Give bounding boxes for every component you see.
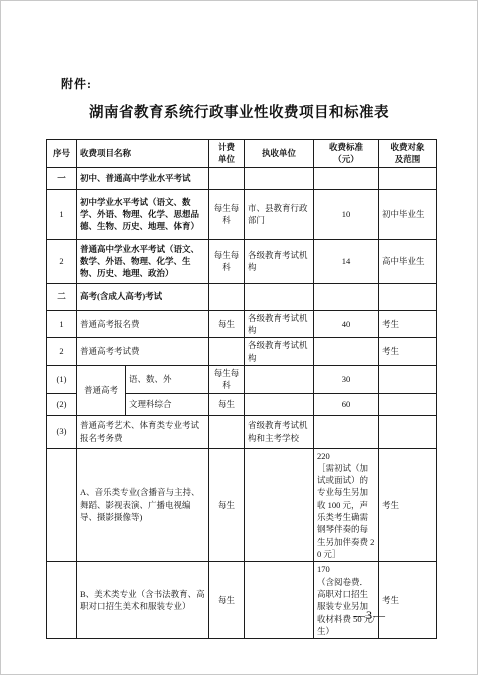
column-header-seq: 序号	[47, 140, 77, 168]
column-header-collecting-unit: 执收单位	[245, 140, 314, 168]
table-cell: 每生	[209, 310, 245, 338]
table-cell	[379, 415, 437, 448]
table-cell: 每生	[209, 448, 245, 562]
table-cell	[245, 283, 314, 310]
table-cell: 各级教育考试机构	[245, 310, 314, 338]
table-cell: 文理科综合	[126, 393, 209, 415]
table-cell	[47, 448, 77, 562]
document-title: 湖南省教育系统行政事业性收费项目和标准表	[1, 101, 477, 122]
table-row: 1普通高考报名费每生各级教育考试机构40考生	[47, 310, 437, 338]
page-number: —3—	[353, 608, 386, 623]
table-cell: 各级教育考试机构	[245, 338, 314, 366]
table-cell: 各级教育考试机构	[245, 239, 314, 283]
table-cell: (3)	[47, 415, 77, 448]
table-row: 2普通高考考试费各级教育考试机构考生	[47, 338, 437, 366]
table-cell: 每生	[209, 393, 245, 415]
fees-table: 序号收费项目名称计费 单位执收单位收费标准 （元）收费对象 及范围一初中、普通高…	[46, 139, 437, 639]
table-cell	[379, 393, 437, 415]
column-header-item-name: 收费项目名称	[77, 140, 209, 168]
table-cell	[245, 562, 314, 639]
table-cell: 每生每科	[209, 239, 245, 283]
table-cell: A、音乐类专业(含播音与主持、舞蹈、影视表演、广播电视编导、摄影摄像等)	[77, 448, 209, 562]
table-row: 二高考(含成人高考)考试	[47, 283, 437, 310]
table-cell: 40	[314, 310, 379, 338]
table-cell	[379, 365, 437, 393]
table-row: A、音乐类专业(含播音与主持、舞蹈、影视表演、广播电视编导、摄影摄像等)每生22…	[47, 448, 437, 562]
table-cell	[379, 283, 437, 310]
table-cell: 1	[47, 310, 77, 338]
table-cell: 初中学业水平考试（语文、数学、外语、物理、化学、思想品德、生物、历史、地理、体育…	[77, 189, 209, 239]
table-cell: 30	[314, 365, 379, 393]
table-cell: 220 ［需初试（加试或面试）的专业每生另加收 100 元，声乐类考生确需钢琴伴…	[314, 448, 379, 562]
table-row: 2普通高中学业水平考试（语文、数学、外语、物理、化学、生物、历史、地理、政治）每…	[47, 239, 437, 283]
table-cell: 一	[47, 167, 77, 189]
table-cell	[245, 167, 314, 189]
table-cell	[209, 167, 245, 189]
table-cell: 考生	[379, 338, 437, 366]
table-cell	[245, 365, 314, 393]
table-cell: 60	[314, 393, 379, 415]
table-cell: 考生	[379, 310, 437, 338]
table-cell: B、美术类专业（含书法教育、高职对口招生美术和服装专业）	[77, 562, 209, 639]
table-cell: 普通高考艺术、体育类专业考试报名考务费	[77, 415, 209, 448]
table-cell: 语、数、外	[126, 365, 209, 393]
table-row: 一初中、普通高中学业水平考试	[47, 167, 437, 189]
table-cell: 普通高考	[77, 365, 126, 415]
attachment-label: 附件:	[61, 75, 92, 92]
table-row: (1)普通高考语、数、外每生每科30	[47, 365, 437, 393]
table-cell	[209, 283, 245, 310]
table-cell	[209, 338, 245, 366]
table-cell: 每生每科	[209, 189, 245, 239]
table-row: B、美术类专业（含书法教育、高职对口招生美术和服装专业）每生170 （含阅卷费．…	[47, 562, 437, 639]
table-cell: (1)	[47, 365, 77, 393]
table-cell: 170 （含阅卷费．高职对口招生服装专业另加收材料费 50 元/生）	[314, 562, 379, 639]
table-cell	[209, 415, 245, 448]
table-cell: 2	[47, 338, 77, 366]
column-header-fee-target: 收费对象 及范围	[379, 140, 437, 168]
table-cell: (2)	[47, 393, 77, 415]
table-cell: 2	[47, 239, 77, 283]
table-cell: 二	[47, 283, 77, 310]
table-cell	[314, 283, 379, 310]
column-header-fee-standard: 收费标准 （元）	[314, 140, 379, 168]
table-cell: 考生	[379, 448, 437, 562]
table-cell	[314, 167, 379, 189]
table-row: (3)普通高考艺术、体育类专业考试报名考务费省级教育考试机构和主考学校	[47, 415, 437, 448]
table-cell	[314, 338, 379, 366]
table-cell	[47, 562, 77, 639]
table-cell	[379, 167, 437, 189]
table-cell: 考生	[379, 562, 437, 639]
table-header-row: 序号收费项目名称计费 单位执收单位收费标准 （元）收费对象 及范围	[47, 140, 437, 168]
table-cell: 省级教育考试机构和主考学校	[245, 415, 314, 448]
table-cell: 初中、普通高中学业水平考试	[77, 167, 209, 189]
table-cell	[245, 448, 314, 562]
table-row: 1初中学业水平考试（语文、数学、外语、物理、化学、思想品德、生物、历史、地理、体…	[47, 189, 437, 239]
table-cell: 初中毕业生	[379, 189, 437, 239]
table-cell: 每生	[209, 562, 245, 639]
table-cell: 14	[314, 239, 379, 283]
table-cell: 10	[314, 189, 379, 239]
table-cell: 高中毕业生	[379, 239, 437, 283]
table-cell: 普通高中学业水平考试（语文、数学、外语、物理、化学、生物、历史、地理、政治）	[77, 239, 209, 283]
document-page: 附件: 湖南省教育系统行政事业性收费项目和标准表 序号收费项目名称计费 单位执收…	[0, 0, 478, 675]
table-cell: 1	[47, 189, 77, 239]
table-cell: 普通高考报名费	[77, 310, 209, 338]
table-cell: 普通高考考试费	[77, 338, 209, 366]
column-header-billing-unit: 计费 单位	[209, 140, 245, 168]
table-cell	[245, 393, 314, 415]
table-cell: 市、县教育行政部门	[245, 189, 314, 239]
table-cell	[314, 415, 379, 448]
table-cell: 每生每科	[209, 365, 245, 393]
table-cell: 高考(含成人高考)考试	[77, 283, 209, 310]
